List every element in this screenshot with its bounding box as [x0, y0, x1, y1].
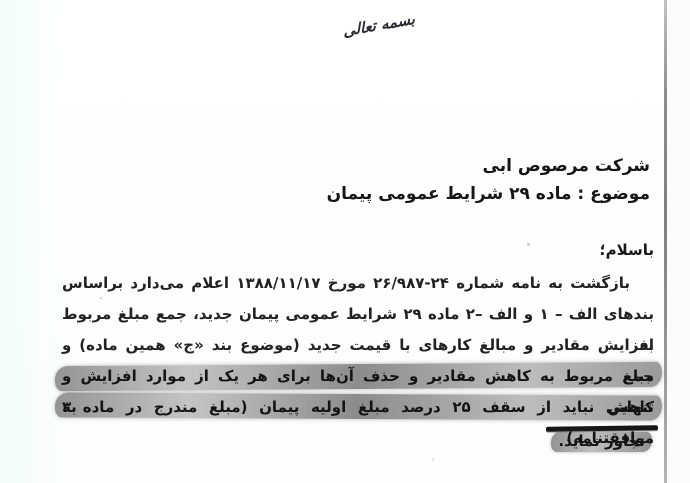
- paragraph-line-1: بازگشت به نامه شماره ۲۴-۲۶/۹۸۷ مورخ ۱۳۸۸…: [62, 268, 654, 299]
- salutation: باسلام؛: [62, 241, 654, 259]
- subject-line: موضوع : ماده ۲۹ شرایط عمومی پیمان: [327, 180, 650, 208]
- paragraph-line-4-highlighted: مبلغ مربوط به کاهش مقادیر و حذف آن‌ها بر…: [62, 361, 654, 392]
- paragraph-line-1-text: بازگشت به نامه شماره ۲۴-۲۶/۹۸۷ مورخ ۱۳۸۸…: [62, 274, 630, 292]
- scan-speckle: [100, 297, 102, 299]
- recipient-block: شرکت مرصوص ابی موضوع : ماده ۲۹ شرایط عمو…: [327, 152, 650, 208]
- recipient-company: شرکت مرصوص ابی: [327, 152, 650, 180]
- scan-speckle: [432, 458, 434, 461]
- paragraph-line-5-highlighted: تنهایی نباید از سقف ۲۵ درصد مبلغ اولیه پ…: [62, 392, 654, 423]
- bismillah-calligraphy: بسمه تعالی: [334, 8, 424, 42]
- scan-right-margin: [667, 0, 690, 483]
- paragraph-line-2: بندهای الف – ۱ و الف –۲ ماده ۲۹ شرایط عم…: [62, 299, 654, 330]
- scanned-letter-page: بسمه تعالی شرکت مرصوص ابی موضوع : ماده ۲…: [0, 0, 690, 483]
- paragraph-line-3: افزایش مقادیر و مبالغ کارهای با قیمت جدی…: [62, 330, 654, 361]
- scan-edge-line: [664, 0, 667, 483]
- scan-speckle: [527, 243, 530, 246]
- letter-body: باسلام؛ بازگشت به نامه شماره ۲۴-۲۶/۹۸۷ م…: [62, 241, 654, 462]
